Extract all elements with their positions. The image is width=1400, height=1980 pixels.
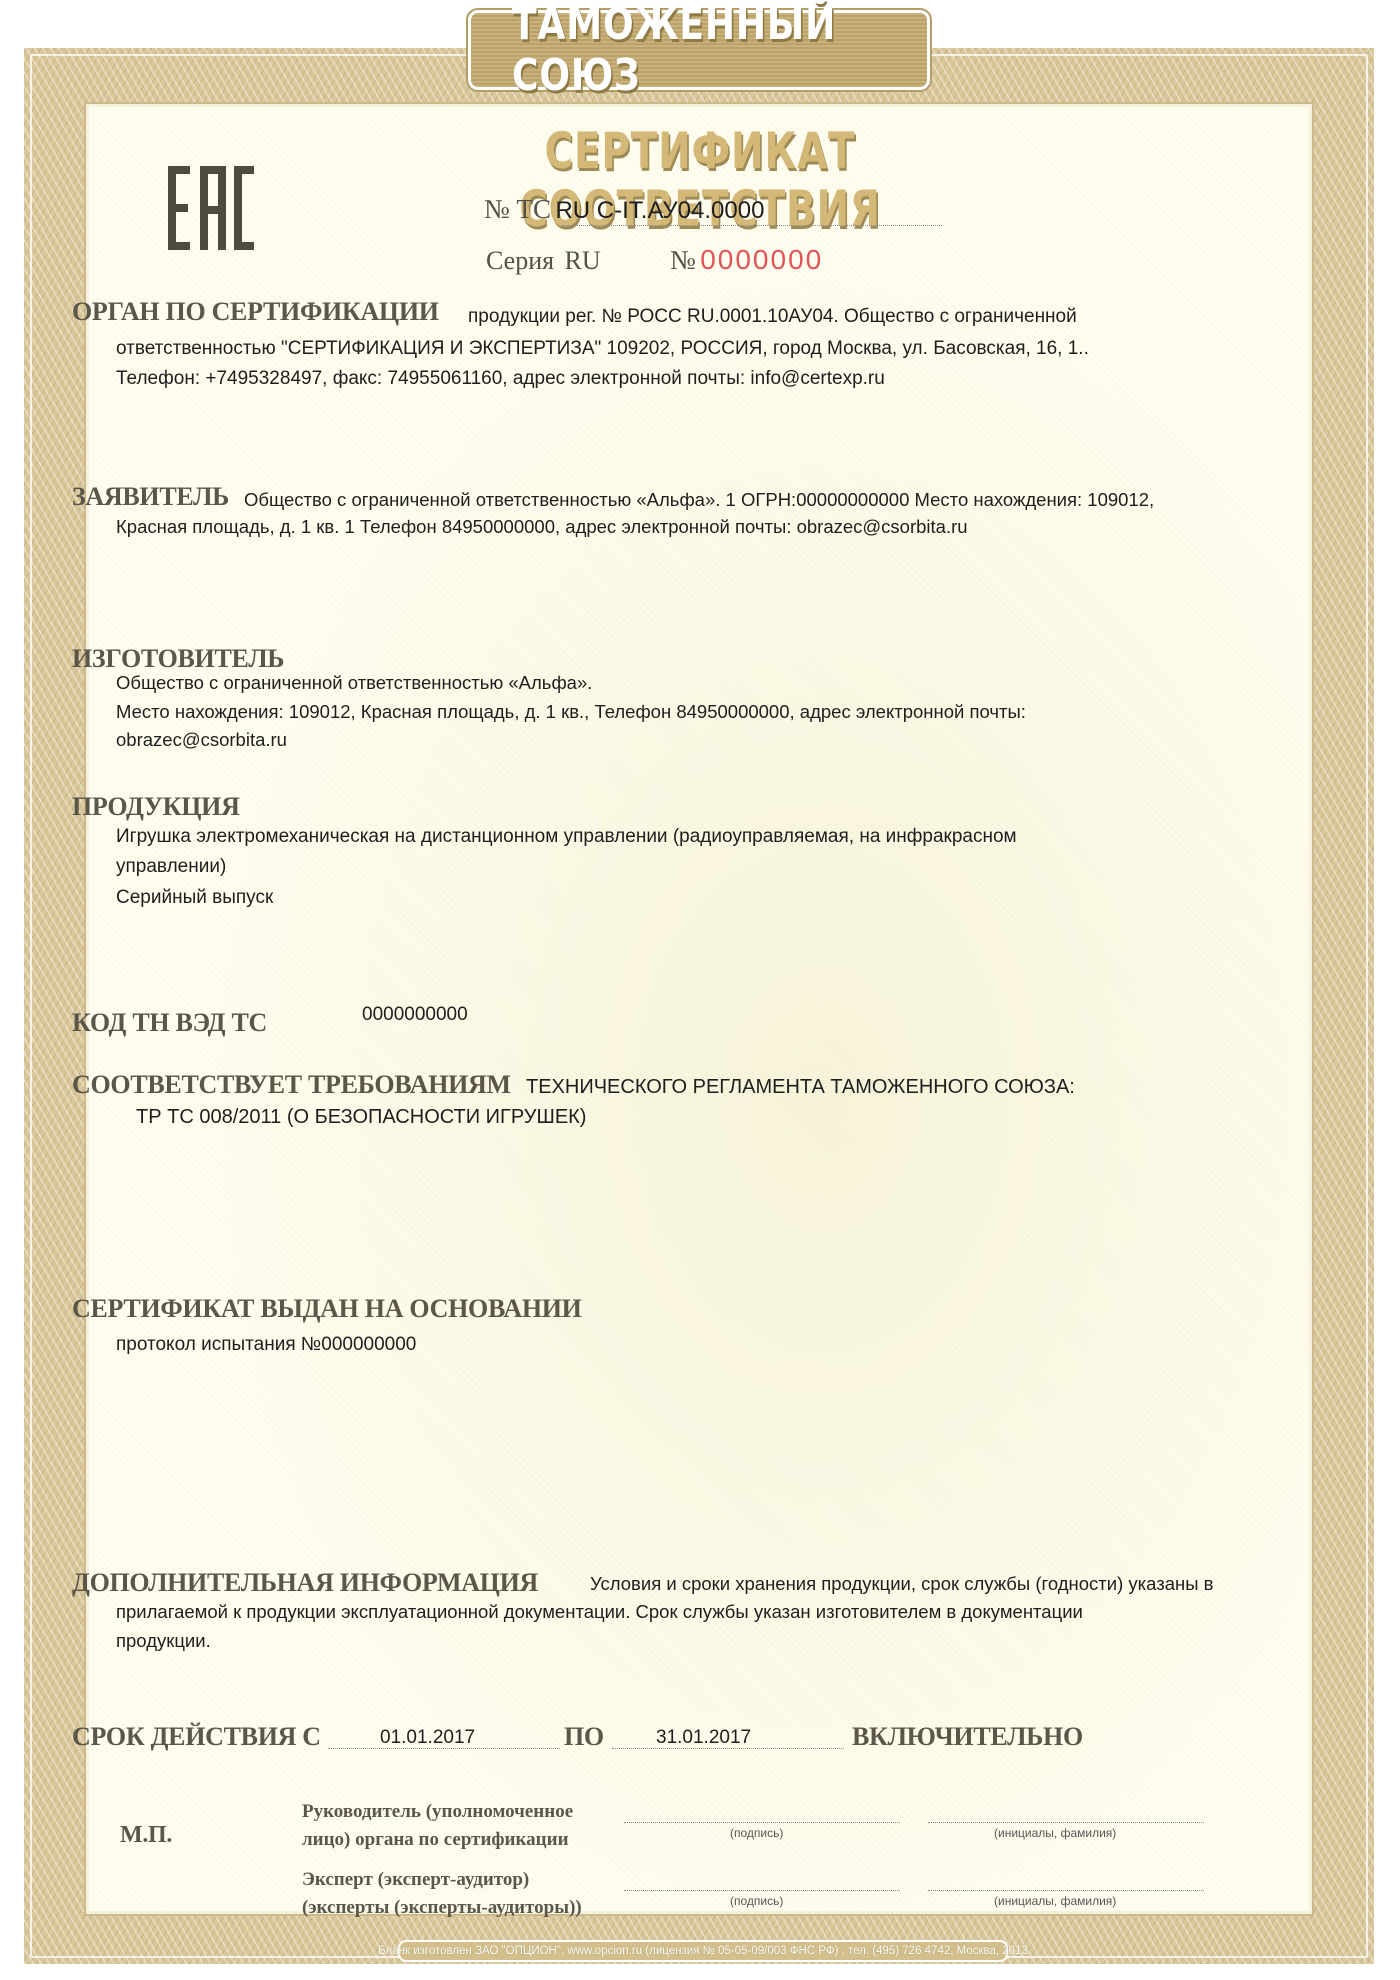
customs-union-plaque: ТАМОЖЕННЫЙ СОЮЗ (468, 10, 930, 90)
eac-logo-icon (168, 166, 254, 250)
blank-imprint-text: Бланк изготовлен ЗАО "ОПЦИОН", www.opcio… (378, 1945, 1028, 1957)
validity-from-label: СРОК ДЕЙСТВИЯ С (72, 1722, 321, 1752)
blank-number-label: № (670, 245, 696, 275)
validity-to-label: ПО (564, 1722, 604, 1752)
certificate-number-underline (562, 225, 942, 226)
head-name-field[interactable] (928, 1822, 1204, 1823)
basis-value: протокол испытания №000000000 (116, 1334, 416, 1356)
series-label: Серия (486, 246, 554, 275)
head-signatory-line-2: лицо) органа по сертификации (302, 1826, 573, 1854)
blank-number-row: № 0000000 (670, 244, 823, 276)
requirements-label: СООТВЕТСТВУЕТ ТРЕБОВАНИЯМ (72, 1070, 511, 1100)
certificate-number-label: № ТС (484, 194, 551, 224)
certificate-number-row: № ТС RU C-IT.АУ04.0000 (484, 194, 764, 225)
expert-signatory-title: Эксперт (эксперт-аудитор) (эксперты (экс… (302, 1866, 582, 1922)
customs-union-title: ТАМОЖЕННЫЙ СОЮЗ (512, 0, 886, 101)
manufacturer-line-1: Общество с ограниченной ответственностью… (116, 668, 592, 698)
head-signature-caption: (подпись) (730, 1826, 783, 1840)
head-signatory-title: Руководитель (уполномоченное лицо) орган… (302, 1798, 573, 1854)
product-line-1: Игрушка электромеханическая на дистанцио… (116, 822, 1017, 852)
validity-from-date: 01.01.2017 (380, 1727, 475, 1749)
stamp-label: М.П. (120, 1822, 172, 1849)
blank-number-value: 0000000 (700, 244, 823, 275)
additional-info-line-2: прилагаемой к продукции эксплуатационной… (116, 1597, 1083, 1627)
product-line-2: управлении) (116, 852, 226, 882)
blank-imprint-band: Бланк изготовлен ЗАО "ОПЦИОН", www.opcio… (398, 1940, 1008, 1962)
additional-info-label: ДОПОЛНИТЕЛЬНАЯ ИНФОРМАЦИЯ (72, 1568, 538, 1598)
certification-body-line-1: продукции рег. № РОСС RU.0001.10АУ04. Об… (468, 302, 1077, 332)
applicant-line-1: Общество с ограниченной ответственностью… (244, 485, 1154, 515)
head-name-caption: (инициалы, фамилия) (994, 1826, 1116, 1840)
expert-signatory-line-2: (эксперты (эксперты-аудиторы)) (302, 1894, 582, 1922)
manufacturer-line-2: Место нахождения: 109012, Красная площад… (116, 697, 1026, 727)
product-line-3: Серийный выпуск (116, 883, 273, 913)
hs-code-label: КОД ТН ВЭД ТС (72, 1008, 267, 1038)
series-value: RU (565, 246, 601, 275)
head-signatory-line-1: Руководитель (уполномоченное (302, 1798, 573, 1826)
product-label: ПРОДУКЦИЯ (72, 792, 240, 822)
additional-info-line-1: Условия и сроки хранения продукции, срок… (590, 1569, 1213, 1599)
manufacturer-line-3: obrazec@csorbita.ru (116, 725, 287, 755)
expert-signature-caption: (подпись) (730, 1894, 783, 1908)
certification-body-label: ОРГАН ПО СЕРТИФИКАЦИИ (72, 297, 439, 327)
applicant-label: ЗАЯВИТЕЛЬ (72, 482, 229, 512)
expert-signatory-line-1: Эксперт (эксперт-аудитор) (302, 1866, 582, 1894)
basis-label: СЕРТИФИКАТ ВЫДАН НА ОСНОВАНИИ (72, 1294, 582, 1324)
validity-to-date: 31.01.2017 (656, 1727, 751, 1749)
head-signature-field[interactable] (624, 1822, 900, 1823)
certificate-number-value: RU C-IT.АУ04.0000 (555, 197, 764, 224)
additional-info-line-3: продукции. (116, 1626, 211, 1656)
certification-body-line-3: Телефон: +7495328497, факс: 74955061160,… (116, 364, 885, 394)
expert-signature-field[interactable] (624, 1890, 900, 1891)
expert-name-caption: (инициалы, фамилия) (994, 1894, 1116, 1908)
certification-body-line-2: ответственностью "СЕРТИФИКАЦИЯ И ЭКСПЕРТ… (116, 334, 1089, 364)
hs-code-value: 0000000000 (362, 1004, 468, 1026)
series-row: Серия RU (486, 246, 601, 276)
requirements-regulation: ТЕХНИЧЕСКОГО РЕГЛАМЕНТА ТАМОЖЕННОГО СОЮЗ… (526, 1076, 1075, 1099)
expert-name-field[interactable] (928, 1890, 1204, 1891)
validity-inclusive-label: ВКЛЮЧИТЕЛЬНО (852, 1722, 1083, 1752)
requirements-standard: ТР ТС 008/2011 (О БЕЗОПАСНОСТИ ИГРУШЕК) (136, 1106, 586, 1129)
applicant-line-2: Красная площадь, д. 1 кв. 1 Телефон 8495… (116, 512, 968, 542)
